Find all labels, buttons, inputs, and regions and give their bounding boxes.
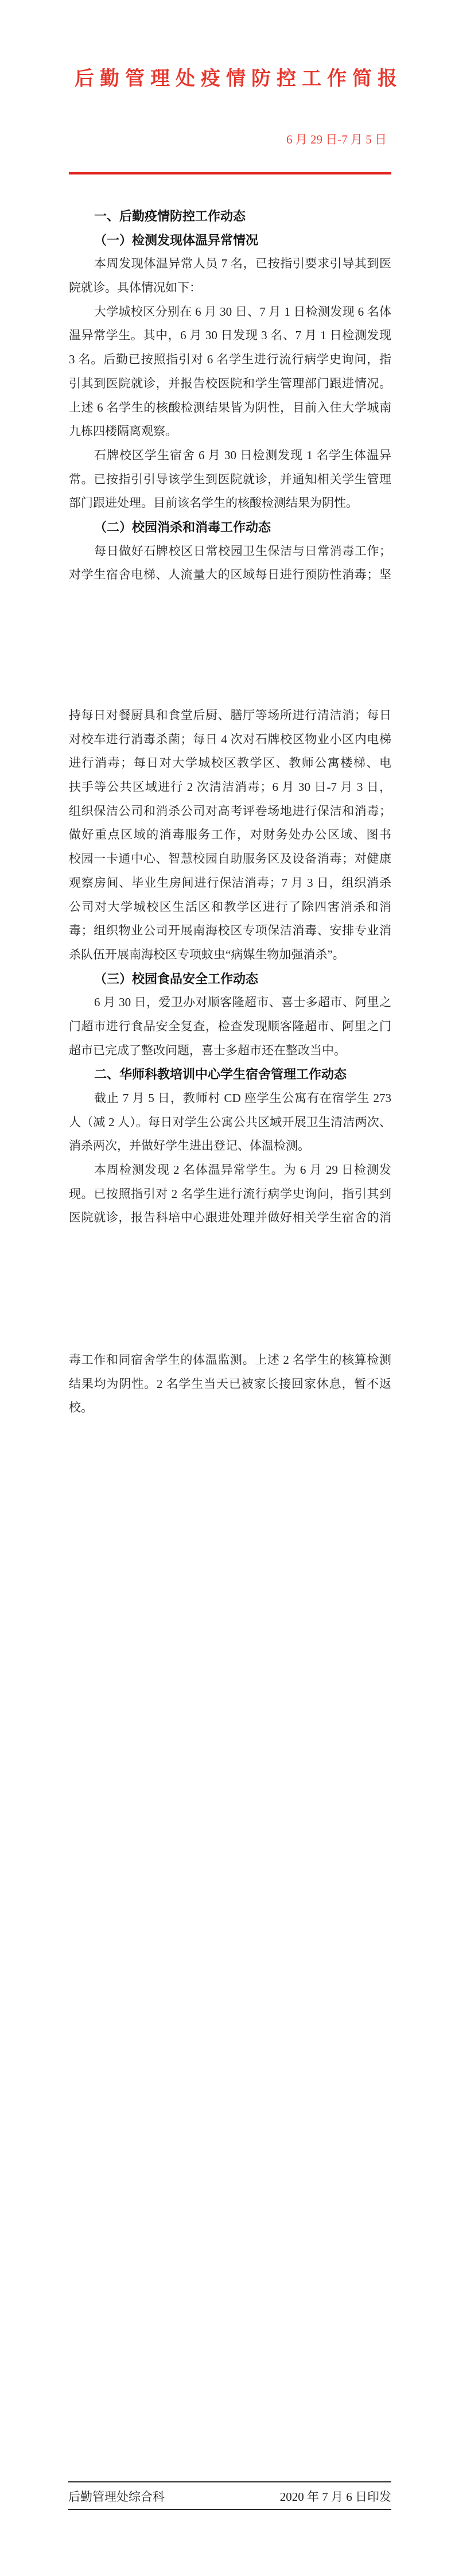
paragraph-line: 九栋四楼隔离观察。 <box>69 420 391 444</box>
footer: 后勤管理处综合科 2020 年 7 月 6 日印发 <box>68 2489 391 2505</box>
paragraph-line: 结果均为阴性。2 名学生当天已被家长接回家休息，暂不返 <box>69 1372 391 1396</box>
paragraph-line: 每日做好石牌校区日常校园卫生保洁与日常消毒工作； <box>69 540 391 564</box>
paragraph-line: 现。已按照指引对 2 名学生进行流行病学史询问，指引其到 <box>69 1182 391 1206</box>
paragraph-line: 本周发现体温异常人员 7 名，已按指引要求引导其到医 <box>69 252 391 276</box>
section-heading: 一、后勤疫情防控工作动态 <box>69 204 391 228</box>
paragraph-line: 消杀两次，并做好学生进出登记、体温检测。 <box>69 1134 391 1158</box>
footer-bottom-rule <box>68 2509 391 2510</box>
paragraph-line: 对校车进行消毒杀菌；每日 4 次对石牌校区物业小区内电梯 <box>69 728 391 752</box>
paragraph-line: 部门跟进处理。目前该名学生的核酸检测结果为阴性。 <box>69 491 391 515</box>
paragraph-line: 超市已完成了整改问题，喜士多超市还在整改当中。 <box>69 1039 391 1063</box>
paragraph-line: 毒工作和同宿舍学生的体温监测。上述 2 名学生的核算检测 <box>69 1348 391 1372</box>
paragraph-line: 上述 6 名学生的核酸检测结果皆为阴性，目前入住大学城南 <box>69 396 391 420</box>
paragraph-line: 院就诊。具体情况如下： <box>69 276 391 300</box>
paragraph-line: 本周检测发现 2 名体温异常学生。为 6 月 29 日检测发 <box>69 1158 391 1182</box>
subsection-heading: （三）校园食品安全工作动态 <box>69 967 391 991</box>
subsection-heading: （一）检测发现体温异常情况 <box>69 228 391 253</box>
footer-top-rule <box>68 2481 391 2482</box>
page-title: 后勤管理处疫情防控工作简报 <box>69 68 391 91</box>
page-3-text: 毒工作和同宿舍学生的体温监测。上述 2 名学生的核算检测结果均为阴性。2 名学生… <box>69 1348 391 1420</box>
paragraph-line: 医院就诊，报告科培中心跟进处理并做好相关学生宿舍的消 <box>69 1206 391 1230</box>
paragraph-line: 毒；组织物业公司开展南海校区专项保洁消毒、安排专业消 <box>69 919 391 943</box>
page-1-text: 一、后勤疫情防控工作动态（一）检测发现体温异常情况本周发现体温异常人员 7 名，… <box>69 204 391 587</box>
footer-issuing-office: 后勤管理处综合科 <box>68 2489 165 2505</box>
title-divider-rule <box>69 172 391 174</box>
paragraph-line: 扶手等公共区域进行 2 次清洁消毒；6 月 30 日-7 月 3 日， <box>69 775 391 800</box>
paragraph-line: 持每日对餐厨具和食堂后厨、膳厅等场所进行清洁消；每日 <box>69 704 391 728</box>
paragraph-line: 观察房间、毕业生房间进行保洁消毒；7 月 3 日，组织消杀 <box>69 871 391 895</box>
paragraph-line: 门超市进行食品安全复查，检查发现顺客隆超市、阿里之门 <box>69 1015 391 1039</box>
paragraph-line: 公司对大学城校区生活区和教学区进行了除四害消杀和消 <box>69 895 391 920</box>
paragraph-line: 引其到医院就诊，并报告校医院和学生管理部门跟进情况。 <box>69 372 391 396</box>
paragraph-line: 对学生宿舍电梯、人流量大的区域每日进行预防性消毒；坚 <box>69 563 391 587</box>
paragraph-line: 做好重点区域的消毒服务工作，对财务处办公区域、图书馆、 <box>69 823 391 847</box>
paragraph-line: 杀队伍开展南海校区专项蚊虫“病媒生物加强消杀”。 <box>69 943 391 967</box>
paragraph-line: 人（减 2 人）。每日对学生公寓公共区域开展卫生清洁两次、 <box>69 1111 391 1135</box>
paragraph-line: 截止 7 月 5 日，教师村 CD 座学生公寓有在宿学生 273 <box>69 1087 391 1111</box>
paragraph-line: 石牌校区学生宿舍 6 月 30 日检测发现 1 名学生体温异 <box>69 444 391 468</box>
paragraph-line: 温异常学生。其中，6 月 30 日发现 3 名、7 月 1 日检测发现 <box>69 324 391 348</box>
report-date-range: 6 月 29 日-7 月 5 日 <box>230 131 390 148</box>
paragraph-line: 常。已按指引引导该学生到医院就诊，并通知相关学生管理 <box>69 468 391 492</box>
paragraph-line: 进行消毒；每日对大学城校区教学区、教师公寓楼梯、电梯、 <box>69 751 391 775</box>
paragraph-line: 组织保洁公司和消杀公司对高考评卷场地进行保洁和消毒； <box>69 800 391 824</box>
paragraph-line: 大学城校区分别在 6 月 30 日、7 月 1 日检测发现 6 名体 <box>69 300 391 324</box>
paragraph-line: 校园一卡通中心、智慧校园自助服务区及设备消毒；对健康 <box>69 847 391 871</box>
paragraph-line: 校。 <box>69 1396 391 1420</box>
paragraph-line: 3 名。后勤已按照指引对 6 名学生进行流行病学史询问，指 <box>69 348 391 372</box>
paragraph-line: 6 月 30 日，爱卫办对顺客隆超市、喜士多超市、阿里之 <box>69 991 391 1015</box>
footer-print-date: 2020 年 7 月 6 日印发 <box>280 2489 391 2505</box>
section-heading: 二、华师科教培训中心学生宿舍管理工作动态 <box>69 1062 391 1087</box>
page-2-text: 持每日对餐厨具和食堂后厨、膳厅等场所进行清洁消；每日对校车进行消毒杀菌；每日 4… <box>69 704 391 1230</box>
subsection-heading: （二）校园消杀和消毒工作动态 <box>69 515 391 540</box>
